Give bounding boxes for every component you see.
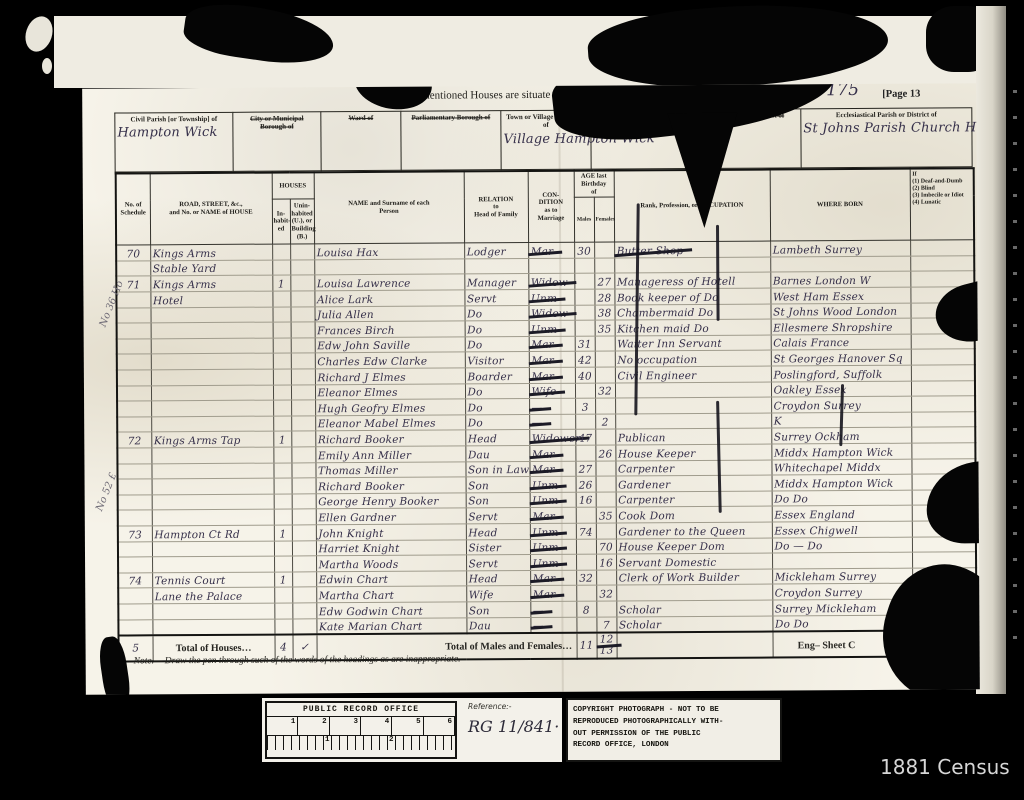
inhabited-cell: 1 — [273, 431, 291, 447]
inhabited-cell — [273, 400, 291, 416]
age-male-cell: 32 — [576, 570, 596, 586]
col-uninhabited: Unin- habited (U.), or Building (B.) — [290, 199, 314, 244]
census-scan: the undermentioned Houses are situate wi… — [0, 0, 1024, 800]
pro-scale-inches: 123456 — [267, 716, 455, 736]
road-cell — [152, 556, 274, 572]
name-cell: Charles Edw Clarke — [315, 352, 465, 369]
occupation-cell — [615, 397, 771, 414]
road-cell — [152, 619, 274, 636]
relation-cell: Son — [466, 601, 530, 617]
scale-number: 1 — [267, 717, 298, 735]
occupation-cell: House Keeper Dom — [616, 538, 772, 555]
condition-cell: — — [530, 617, 576, 633]
schedule-cell — [117, 385, 151, 401]
uninhabited-cell — [291, 400, 315, 416]
scan-right-strip — [976, 6, 1006, 694]
age-male-cell: 74 — [576, 523, 596, 539]
occupation-cell — [616, 584, 772, 601]
scale-number: 3 — [330, 717, 361, 735]
age-female-cell — [595, 336, 615, 352]
condition-cell: Mar — [529, 367, 575, 383]
condition-cell: Unm — [530, 492, 576, 508]
age-male-cell — [574, 289, 594, 305]
relation-cell: Dau — [465, 446, 529, 462]
age-female-cell — [596, 476, 616, 492]
schedule-cell — [118, 619, 152, 635]
uninhabited-cell — [291, 338, 315, 354]
born-cell — [770, 256, 910, 272]
born-cell: Poslingford, Suffolk — [771, 365, 911, 381]
road-cell — [151, 354, 273, 370]
total-males-value: 11 — [580, 640, 594, 651]
col-inhabited: In- habit- ed — [272, 199, 290, 244]
occupation-cell: Publican — [615, 428, 771, 445]
census-table: No. of Schedule ROAD, STREET, &c., and N… — [115, 167, 978, 662]
pro-title: PUBLIC RECORD OFFICE — [267, 703, 455, 714]
schedule-cell — [118, 495, 152, 511]
parish-field-label: Parliamentary Borough of — [401, 111, 500, 122]
age-female-cell — [596, 570, 616, 586]
scale-number: 4 — [361, 717, 392, 735]
inhabited-cell: 1 — [272, 275, 290, 291]
born-cell: West Ham Essex — [770, 287, 910, 303]
col-females: Females — [594, 197, 614, 242]
condition-cell: Unm — [530, 554, 576, 570]
age-female-cell — [595, 398, 615, 414]
schedule-cell — [116, 307, 150, 323]
uninhabited-cell — [291, 431, 315, 447]
infirmity-cell — [910, 256, 974, 272]
reference-area: Reference:- RG 11/841· — [460, 698, 562, 762]
road-cell — [152, 541, 274, 557]
occupation-cell: Carpenter — [616, 491, 772, 508]
age-male-cell: 16 — [576, 492, 596, 508]
schedule-cell — [116, 261, 150, 277]
name-cell: Louisa Lawrence — [314, 274, 464, 291]
name-cell: Harriet Knight — [316, 539, 466, 556]
schedule-cell: 74 — [118, 573, 152, 589]
born-cell: Mickleham Surrey — [772, 568, 912, 584]
inhabited-cell — [274, 478, 292, 494]
name-cell: Ellen Gardner — [316, 508, 466, 525]
pro-stamp: PUBLIC RECORD OFFICE 123456 12 Reference… — [262, 698, 562, 762]
age-male-cell — [575, 320, 595, 336]
road-cell: Hampton Ct Rd — [152, 525, 274, 541]
schedule-cell — [117, 463, 151, 479]
age-female-cell — [596, 492, 616, 508]
uninhabited-cell — [290, 244, 314, 260]
age-female-cell: 38 — [595, 305, 615, 321]
uninhabited-cell — [292, 540, 316, 556]
age-female-cell — [596, 523, 616, 539]
occupation-cell: Civil Engineer — [615, 366, 771, 383]
relation-cell: Sister — [466, 539, 530, 555]
schedule-cell — [118, 604, 152, 620]
condition-cell: Unm — [528, 289, 574, 305]
road-cell — [151, 416, 273, 432]
inhabited-cell — [272, 260, 290, 276]
schedule-cell — [117, 323, 151, 339]
parish-field: Ward of — [320, 111, 400, 171]
name-cell: Thomas Miller — [315, 462, 465, 479]
infirmity-cell — [911, 349, 975, 365]
name-cell: George Henry Booker — [316, 493, 466, 510]
road-cell — [152, 494, 274, 510]
name-cell: Hugh Geofry Elmes — [315, 399, 465, 416]
age-female-cell: 16 — [596, 554, 616, 570]
condition-cell: Mar — [530, 570, 576, 586]
occupation-cell: Scholar — [616, 616, 772, 633]
condition-cell: Wife — [529, 383, 575, 399]
age-female-cell — [595, 351, 615, 367]
condition-cell: Mar — [529, 461, 575, 477]
condition-cell: Mar — [528, 243, 574, 259]
relation-cell: Do — [465, 414, 529, 430]
inhabited-cell: 1 — [274, 525, 292, 541]
occupation-cell: Gardener — [616, 475, 772, 492]
relation-cell — [464, 258, 528, 274]
total-males-females-label: Total of Males and Females… — [445, 640, 572, 652]
age-male-cell — [576, 617, 596, 633]
schedule-cell — [118, 588, 152, 604]
scale-number: 5 — [392, 717, 423, 735]
born-cell: Do Do — [772, 490, 912, 506]
footer-note: Note.— Draw the pen through such of the … — [134, 654, 461, 666]
road-cell: Hotel — [150, 291, 272, 307]
age-female-cell — [596, 601, 616, 617]
col-males: Males — [574, 197, 594, 242]
schedule-cell: 73 — [118, 526, 152, 542]
census-table-body: 70Kings ArmsLouisa HaxLodgerMar30Butter … — [116, 240, 976, 636]
relation-cell: Do — [465, 383, 529, 399]
age-female-cell: 27 — [594, 273, 614, 289]
age-male-cell — [576, 539, 596, 555]
inhabited-cell — [274, 603, 292, 619]
occupation-cell: Clerk of Work Builder — [616, 569, 772, 586]
relation-cell: Son — [466, 492, 530, 508]
age-male-cell: 42 — [575, 352, 595, 368]
inhabited-cell — [272, 307, 290, 323]
name-cell: Kate Marian Chart — [316, 617, 466, 634]
age-male-cell — [575, 305, 595, 321]
uninhabited-cell — [292, 556, 316, 572]
relation-cell: Do — [465, 321, 529, 337]
name-cell: Martha Woods — [316, 555, 466, 572]
condition-cell: Mar — [530, 508, 576, 524]
uninhabited-cell — [291, 322, 315, 338]
uninhabited-cell — [292, 509, 316, 525]
name-cell — [314, 259, 464, 276]
inhabited-cell — [272, 291, 290, 307]
scan-speck — [42, 58, 52, 74]
age-male-cell: 30 — [574, 242, 594, 258]
condition-cell — [528, 258, 574, 274]
relation-cell: Wife — [466, 586, 530, 602]
uninhabited-check: ✓ — [300, 642, 309, 653]
condition-cell: Mar — [529, 336, 575, 352]
relation-cell: Do — [465, 336, 529, 352]
occupation-cell: Gardener to the Queen — [616, 522, 772, 539]
born-cell — [772, 552, 912, 568]
page-label: [Page 13 — [882, 89, 920, 100]
copyright-line: OUT PERMISSION OF THE PUBLIC — [573, 729, 775, 741]
pro-scale-fine: 12 — [267, 736, 455, 750]
age-male-cell: 3 — [575, 398, 595, 414]
relation-cell: Servt — [466, 508, 530, 524]
occupation-cell — [615, 382, 771, 399]
age-female-cell: 35 — [595, 320, 615, 336]
name-cell: John Knight — [316, 524, 466, 541]
road-cell — [151, 338, 273, 354]
schedule-cell — [118, 541, 152, 557]
road-cell — [151, 400, 273, 416]
born-cell: St Georges Hanover Sq — [771, 350, 911, 366]
uninhabited-cell — [291, 447, 315, 463]
totals-margin-number: 5 — [132, 643, 139, 654]
inhabited-cell — [273, 385, 291, 401]
inhabited-cell — [274, 494, 292, 510]
age-male-cell — [574, 274, 594, 290]
road-cell — [151, 447, 273, 463]
name-cell: Alice Lark — [314, 290, 464, 307]
total-houses-value: 4 — [280, 642, 287, 653]
copyright-line: RECORD OFFICE, LONDON — [573, 740, 775, 752]
inhabited-cell — [273, 416, 291, 432]
occupation-cell: Scholar — [616, 600, 772, 617]
age-male-cell — [576, 507, 596, 523]
uninhabited-cell — [292, 618, 316, 634]
age-male-cell: 40 — [575, 367, 595, 383]
paper: the undermentioned Houses are situate wi… — [82, 83, 980, 694]
age-male-cell — [575, 445, 595, 461]
condition-cell: Unm — [530, 523, 576, 539]
copyright-line: REPRODUCED PHOTOGRAPHICALLY WITH- — [573, 717, 775, 729]
uninhabited-cell — [292, 603, 316, 619]
scan-speck — [21, 13, 57, 55]
age-male-cell: 27 — [575, 461, 595, 477]
uninhabited-cell — [291, 462, 315, 478]
occupation-cell — [615, 413, 771, 430]
scale-number: 6 — [424, 717, 455, 735]
infirmity-cell — [911, 380, 975, 396]
age-male-cell: 26 — [576, 476, 596, 492]
born-cell: Middx Hampton Wick — [772, 474, 912, 490]
inhabited-cell — [273, 447, 291, 463]
age-female-cell — [595, 461, 615, 477]
relation-cell: Dau — [466, 617, 530, 633]
relation-cell: Do — [465, 399, 529, 415]
uninhabited-cell — [290, 291, 314, 307]
name-cell: Edw John Saville — [315, 337, 465, 354]
name-cell: Emily Ann Miller — [315, 446, 465, 463]
age-male-cell — [576, 585, 596, 601]
parish-field-label: Civil Parish [or Township] of — [115, 113, 232, 124]
parish-field: Ecclesiastical Parish or District ofSt J… — [800, 107, 972, 168]
relation-cell: Lodger — [464, 243, 528, 259]
condition-cell: Unm — [529, 320, 575, 336]
occupation-cell: No occupation — [615, 350, 771, 367]
born-cell: Whitechapel Middx — [771, 459, 911, 475]
copyright-line: COPYRIGHT PHOTOGRAPH - NOT TO BE — [573, 705, 775, 717]
parish-field: City or Municipal Borough of — [232, 111, 320, 172]
age-female-cell: 28 — [594, 289, 614, 305]
age-female-cell — [594, 242, 614, 258]
condition-cell: — — [529, 414, 575, 430]
uninhabited-cell — [292, 494, 316, 510]
born-cell: Lambeth Surrey — [770, 240, 910, 256]
name-cell: Edw Godwin Chart — [316, 602, 466, 619]
condition-cell: Widow — [528, 274, 574, 290]
schedule-cell — [117, 370, 151, 386]
pen-stroke — [716, 225, 720, 321]
schedule-cell — [117, 354, 151, 370]
road-cell — [151, 322, 273, 338]
age-female-cell — [594, 258, 614, 274]
age-male-cell — [575, 414, 595, 430]
road-cell: Kings Arms — [150, 276, 272, 292]
road-cell: Lane the Palace — [152, 587, 274, 603]
occupation-cell: House Keeper — [615, 444, 771, 461]
age-female-cell: 32 — [596, 585, 616, 601]
inhabited-cell — [274, 541, 292, 557]
uninhabited-cell — [292, 478, 316, 494]
name-cell: Frances Birch — [315, 321, 465, 338]
uninhabited-cell — [292, 572, 316, 588]
age-male-cell — [575, 383, 595, 399]
relation-cell: Head — [466, 523, 530, 539]
infirmity-cell — [911, 443, 975, 459]
born-cell: Do — Do — [772, 537, 912, 553]
relation-cell: Head — [466, 570, 530, 586]
inhabited-cell — [273, 353, 291, 369]
name-cell: Eleanor Mabel Elmes — [315, 415, 465, 432]
reference-label: Reference:- — [468, 702, 560, 711]
born-cell: Essex England — [772, 506, 912, 522]
infirmity-cell — [911, 427, 975, 443]
col-relation: RELATION to Head of Family — [464, 171, 528, 243]
name-cell: Louisa Hax — [314, 243, 464, 260]
parish-field-label: City or Municipal Borough of — [233, 112, 320, 131]
age-female-cell — [595, 367, 615, 383]
road-cell: Kings Arms — [150, 244, 272, 260]
relation-cell: Servt — [464, 290, 528, 306]
uninhabited-cell — [290, 306, 314, 322]
relation-cell: Manager — [464, 274, 528, 290]
occupation-cell: Servant Domestic — [616, 553, 772, 570]
condition-cell: Mar — [529, 445, 575, 461]
reference-value: RG 11/841· — [468, 717, 560, 736]
occupation-cell: Cook Dom — [616, 506, 772, 523]
condition-cell: — — [530, 601, 576, 617]
uninhabited-cell — [290, 275, 314, 291]
total-houses-label: Total of Houses… — [176, 642, 252, 653]
name-cell: Richard Booker — [315, 430, 465, 447]
relation-cell: Servt — [466, 555, 530, 571]
schedule-cell — [118, 557, 152, 573]
inhabited-cell: 1 — [274, 572, 292, 588]
parish-field-label: Ward of — [321, 112, 400, 123]
condition-cell: Unm — [530, 476, 576, 492]
schedule-cell — [117, 448, 151, 464]
parish-field: Civil Parish [or Township] ofHampton Wic… — [114, 112, 232, 173]
age-female-cell: 2 — [595, 414, 615, 430]
scale-number: 2 — [298, 717, 329, 735]
uninhabited-cell — [292, 525, 316, 541]
age-female-cell: 32 — [595, 383, 615, 399]
road-cell — [151, 463, 273, 479]
condition-cell: Widower — [529, 430, 575, 446]
uninhabited-cell — [292, 587, 316, 603]
census-watermark: 1881 Census — [880, 755, 1010, 779]
age-female-cell: 7 — [596, 617, 616, 633]
name-cell: Martha Chart — [316, 586, 466, 603]
road-cell: Kings Arms Tap — [151, 431, 273, 447]
scale-number: 2 — [389, 736, 394, 744]
condition-cell: Unm — [530, 539, 576, 555]
parish-header-band: Civil Parish [or Township] ofHampton Wic… — [114, 107, 972, 172]
col-name: NAME and Surname of each Person — [314, 171, 464, 244]
condition-cell: Widow — [529, 305, 575, 321]
infirmity-cell — [911, 396, 975, 412]
relation-cell: Son in Law — [465, 461, 529, 477]
inhabited-cell — [274, 509, 292, 525]
road-cell: Tennis Court — [152, 572, 274, 588]
schedule-cell — [117, 401, 151, 417]
infirmity-cell — [911, 365, 975, 381]
road-cell: Stable Yard — [150, 260, 272, 276]
born-cell: Barnes London W — [770, 272, 910, 288]
inhabited-cell — [274, 587, 292, 603]
header-row: No. of Schedule ROAD, STREET, &c., and N… — [116, 168, 974, 200]
age-female-cell: 26 — [595, 445, 615, 461]
parish-field-value: Hampton Wick — [117, 126, 217, 140]
age-female-cell — [595, 429, 615, 445]
schedule-cell: 70 — [116, 245, 150, 261]
schedule-cell — [117, 417, 151, 433]
born-cell: St Johns Wood London — [771, 303, 911, 319]
schedule-cell — [118, 510, 152, 526]
col-born: WHERE BORN — [770, 169, 910, 242]
parish-field-value: St Johns Parish Church H Wick — [803, 121, 979, 135]
uninhabited-cell — [291, 353, 315, 369]
name-cell: Richard Booker — [316, 477, 466, 494]
road-cell — [150, 307, 272, 323]
film-edge-marks — [1013, 90, 1017, 650]
uninhabited-cell — [291, 384, 315, 400]
age-male-cell: 47 — [575, 430, 595, 446]
uninhabited-cell — [291, 369, 315, 385]
road-cell — [152, 478, 274, 494]
infirmity-cell — [910, 240, 974, 256]
inhabited-cell — [273, 369, 291, 385]
margin-annotation: No 52 £ — [94, 471, 119, 512]
schedule-cell — [117, 339, 151, 355]
col-infirmity: If (1) Deaf-and-Dumb (2) Blind (3) Imbec… — [910, 168, 974, 240]
inhabited-cell — [273, 338, 291, 354]
born-cell: Essex Chigwell — [772, 521, 912, 537]
name-cell: Richard J Elmes — [315, 368, 465, 385]
uninhabited-cell — [291, 416, 315, 432]
schedule-cell — [118, 479, 152, 495]
col-schedule: No. of Schedule — [116, 173, 150, 245]
name-cell: Eleanor Elmes — [315, 384, 465, 401]
road-cell — [152, 509, 274, 525]
uninhabited-cell — [290, 260, 314, 276]
relation-cell: Visitor — [465, 352, 529, 368]
col-houses: HOUSES — [272, 172, 314, 199]
pro-ruler-box: PUBLIC RECORD OFFICE 123456 12 — [265, 701, 457, 759]
parish-field: Parliamentary Borough of — [400, 110, 500, 171]
